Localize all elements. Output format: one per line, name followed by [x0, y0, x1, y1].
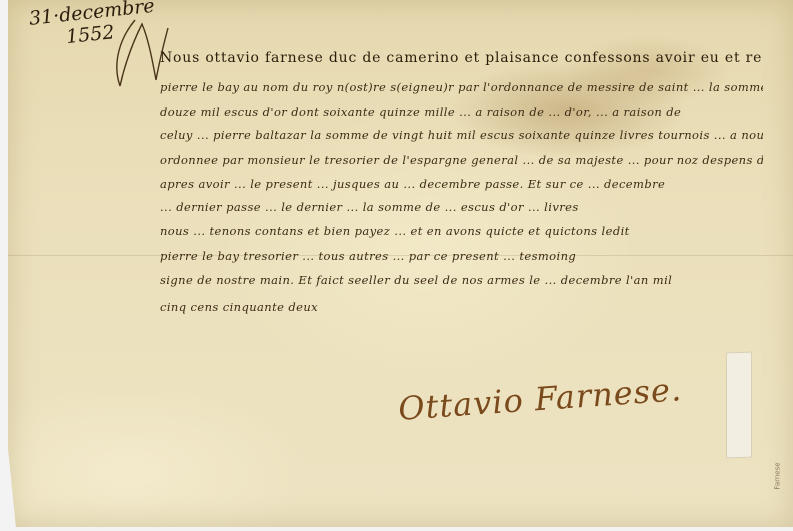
- letter-line-6: apres avoir ... le present ... jusques a…: [160, 177, 763, 191]
- letter-line-10: signe de nostre main. Et faict seeller d…: [160, 273, 763, 287]
- letter-line-1: Nous ottavio farnese duc de camerino et …: [160, 50, 763, 66]
- letter-line-11: cinq cens cinquante deux: [160, 300, 763, 314]
- letter-line-7: ... dernier passe ... le dernier ... la …: [160, 200, 763, 214]
- letter-line-8: nous ... tenons contans et bien payez ..…: [160, 224, 763, 238]
- letter-line-3: douze mil escus d'or dont soixante quinz…: [160, 105, 763, 119]
- letter-line-9: pierre le bay tresorier ... tous autres …: [160, 249, 763, 263]
- paper-tape-strip: [726, 352, 752, 459]
- letter-line-4: celuy ... pierre baltazar la somme de vi…: [160, 128, 763, 142]
- archive-mark: Farnese: [774, 462, 782, 489]
- decorated-initial-n-icon: [90, 18, 170, 90]
- letter-line-2: pierre le bay au nom du roy n(ost)re s(e…: [160, 80, 763, 94]
- letter-line-5: ordonnee par monsieur le tresorier de l'…: [160, 153, 763, 167]
